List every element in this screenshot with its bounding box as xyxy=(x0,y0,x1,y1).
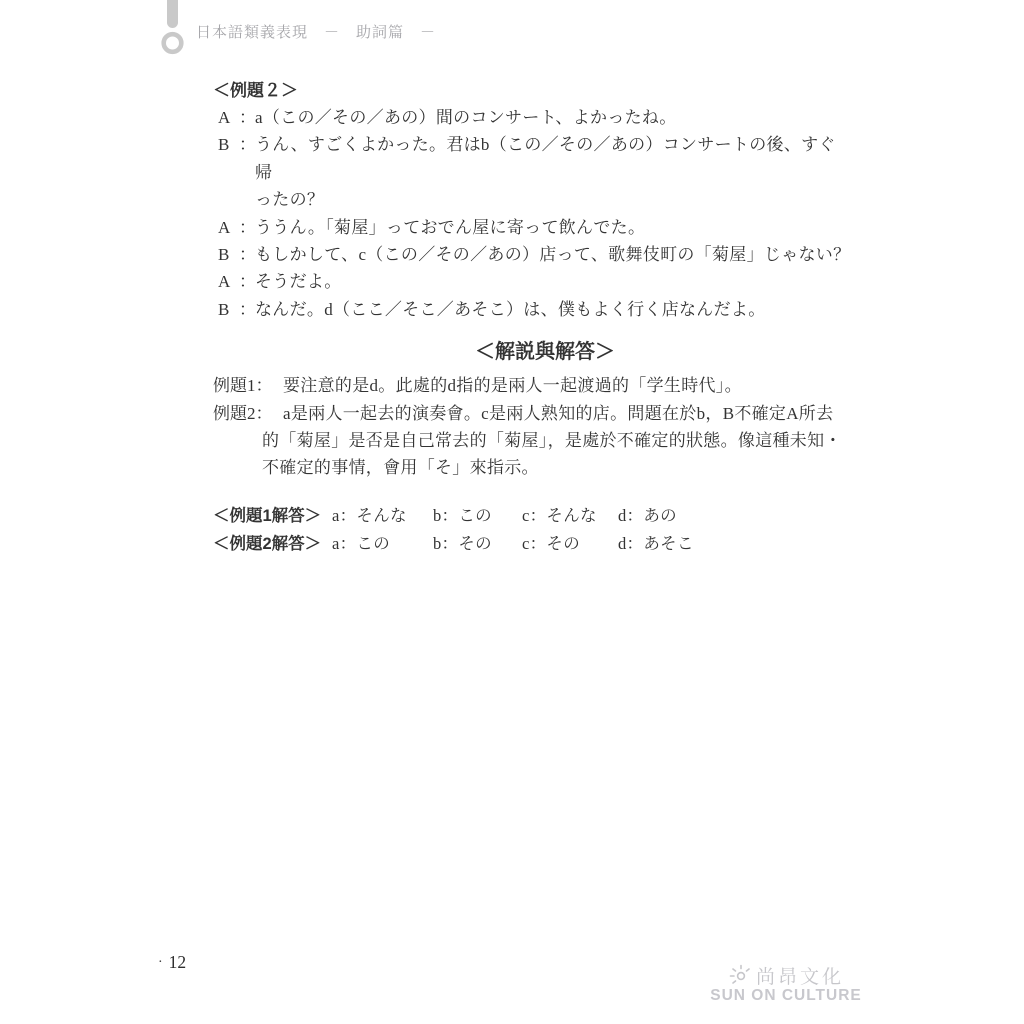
answer-item-a: a：そんな xyxy=(332,502,433,529)
explanation-text: 不確定的事情，會用「そ」來指示。 xyxy=(262,454,539,481)
book-page: 日本語類義表現 － 助詞篇 － ＜例題２＞ A：a（この／その／あの）間のコンサ… xyxy=(0,0,1024,1024)
dialogue-line: A：ううん。「菊屋」っておでん屋に寄って飲んでた。 xyxy=(213,214,853,241)
dialogue-text: なんだ。d（ここ／そこ／あそこ）は、僕もよく行く店なんだよ。 xyxy=(255,296,853,323)
dialogue-text: a（この／その／あの）間のコンサート、よかったね。 xyxy=(255,104,853,131)
explanation-text: 的「菊屋」是否是自己常去的「菊屋」，是處於不確定的狀態。像這種未知・ xyxy=(262,427,842,454)
dialogue-line: B：なんだ。d（ここ／そこ／あそこ）は、僕もよく行く店なんだよ。 xyxy=(213,296,853,323)
pin-ring-icon xyxy=(156,0,196,64)
dialogue-text: ううん。「菊屋」っておでん屋に寄って飲んでた。 xyxy=(255,214,853,241)
explanation-heading: ＜解説與解答＞ xyxy=(213,338,853,366)
speaker-colon: ： xyxy=(239,241,255,268)
speaker-label: A xyxy=(218,104,239,131)
explanation-text: 要注意的是d。此處的d指的是兩人一起渡過的「学生時代」。 xyxy=(283,372,742,399)
page-content: ＜例題２＞ A：a（この／その／あの）間のコンサート、よかったね。 B：うん、す… xyxy=(213,70,853,559)
speaker-label: A xyxy=(218,214,239,241)
dialogue-text: もしかして、c（この／その／あの）店って、歌舞伎町の「菊屋」じゃない？ xyxy=(255,241,853,268)
answer-item-c: c：その xyxy=(522,530,618,557)
dialogue-line: B：もしかして、c（この／その／あの）店って、歌舞伎町の「菊屋」じゃない？ xyxy=(213,241,853,268)
answer-item-c: c：そんな xyxy=(522,502,618,529)
book-title: 日本語類義表現 － 助詞篇 － xyxy=(196,21,436,42)
page-number-bullet: · xyxy=(158,955,163,970)
answer-item-d: d：あの xyxy=(618,502,677,529)
dialogue-line: A：a（この／その／あの）間のコンサート、よかったね。 xyxy=(213,104,853,131)
answer-row-label: ＜例題2解答＞ xyxy=(213,531,332,558)
dialogue-line: B：うん、すごくよかった。君はb（この／その／あの）コンサートの後、すぐ帰 った… xyxy=(213,131,853,213)
dialogue-block: A：a（この／その／あの）間のコンサート、よかったね。 B：うん、すごくよかった… xyxy=(213,104,853,323)
publisher-logo: 尚昂文化 SUN ON CULTURE xyxy=(698,964,874,1005)
explanation-line: 不確定的事情，會用「そ」來指示。 xyxy=(213,454,853,481)
publisher-name-cjk: 尚昂文化 xyxy=(756,962,844,989)
answer-item-a: a：この xyxy=(332,530,433,557)
page-number: ·12 xyxy=(158,952,186,973)
speaker-colon: ： xyxy=(239,268,255,295)
publisher-name-latin: SUN ON CULTURE xyxy=(698,987,874,1005)
answer-row: ＜例題1解答＞ a：そんな b：この c：そんな d：あの xyxy=(213,502,853,530)
answer-item-b: b：この xyxy=(433,502,522,529)
explanation-label: 例題2： xyxy=(213,400,283,427)
page-number-value: 12 xyxy=(169,952,187,972)
dialogue-text: うん、すごくよかった。君はb（この／その／あの）コンサートの後、すぐ帰 ったの？ xyxy=(255,131,853,213)
speaker-colon: ： xyxy=(239,296,255,323)
speaker-label: A xyxy=(218,268,239,295)
speaker-colon: ： xyxy=(239,131,255,158)
explanation-text: a是兩人一起去的演奏會。c是兩人熟知的店。問題在於b，B不確定A所去 xyxy=(283,400,833,427)
answer-item-b: b：その xyxy=(433,530,522,557)
speaker-label: B xyxy=(218,131,239,158)
speaker-label: B xyxy=(218,296,239,323)
example-heading: ＜例題２＞ xyxy=(213,77,853,104)
explanation-label: 例題1： xyxy=(213,372,283,399)
speaker-colon: ： xyxy=(239,214,255,241)
speaker-colon: ： xyxy=(239,104,255,131)
sun-icon xyxy=(728,963,752,987)
explanation-line: 的「菊屋」是否是自己常去的「菊屋」，是處於不確定的狀態。像這種未知・ xyxy=(213,427,853,454)
explanation-line: 例題1：要注意的是d。此處的d指的是兩人一起渡過的「学生時代」。 xyxy=(213,372,853,399)
dialogue-line: A：そうだよ。 xyxy=(213,268,853,295)
answers-block: ＜例題1解答＞ a：そんな b：この c：そんな d：あの ＜例題2解答＞ a：… xyxy=(213,502,853,559)
answer-row-label: ＜例題1解答＞ xyxy=(213,503,332,530)
explanation-line: 例題2：a是兩人一起去的演奏會。c是兩人熟知的店。問題在於b，B不確定A所去 xyxy=(213,400,853,427)
page-header: 日本語類義表現 － 助詞篇 － xyxy=(0,0,1024,70)
speaker-label: B xyxy=(218,241,239,268)
answer-row: ＜例題2解答＞ a：この b：その c：その d：あそこ xyxy=(213,530,853,558)
explanation-block: 例題1：要注意的是d。此處的d指的是兩人一起渡過的「学生時代」。 例題2：a是兩… xyxy=(213,372,853,482)
publisher-logo-row: 尚昂文化 xyxy=(698,964,874,986)
dialogue-text: そうだよ。 xyxy=(255,268,853,295)
answer-item-d: d：あそこ xyxy=(618,530,694,557)
